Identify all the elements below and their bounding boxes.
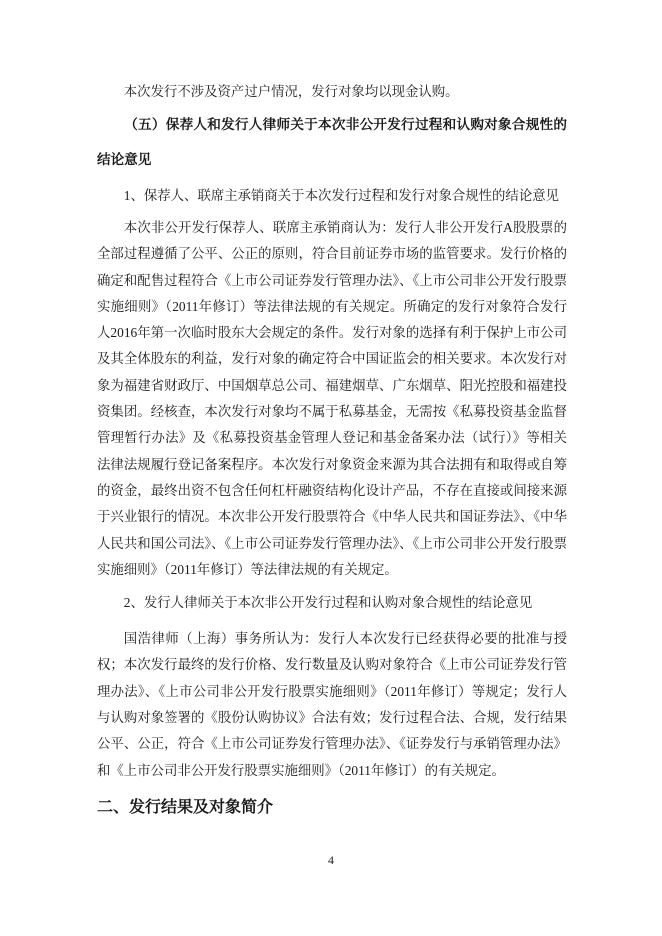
item1-heading: 1、保荐人、联席主承销商关于本次发行过程和发行对象合规性的结论意见 [97, 183, 567, 209]
document-page: 本次发行不涉及资产过户情况，发行对象均以现金认购。 （五）保荐人和发行人律师关于… [0, 0, 662, 936]
item2-body-paragraph: 国浩律师（上海）事务所认为：发行人本次发行已经获得必要的批准与授权；本次发行最终… [97, 626, 567, 784]
section2-heading: 二、发行结果及对象简介 [97, 796, 567, 820]
item1-body-paragraph: 本次非公开发行保荐人、联席主承销商认为：发行人非公开发行A股股票的全部过程遵循了… [97, 215, 567, 583]
intro-paragraph: 本次发行不涉及资产过户情况，发行对象均以现金认购。 [97, 79, 567, 105]
section5-heading: （五）保荐人和发行人律师关于本次非公开发行过程和认购对象合规性的结论意见 [97, 108, 567, 177]
item2-heading: 2、发行人律师关于本次非公开发行过程和认购对象合规性的结论意见 [97, 590, 567, 616]
page-number: 4 [0, 853, 662, 868]
page-content: 本次发行不涉及资产过户情况，发行对象均以现金认购。 （五）保荐人和发行人律师关于… [97, 79, 567, 820]
